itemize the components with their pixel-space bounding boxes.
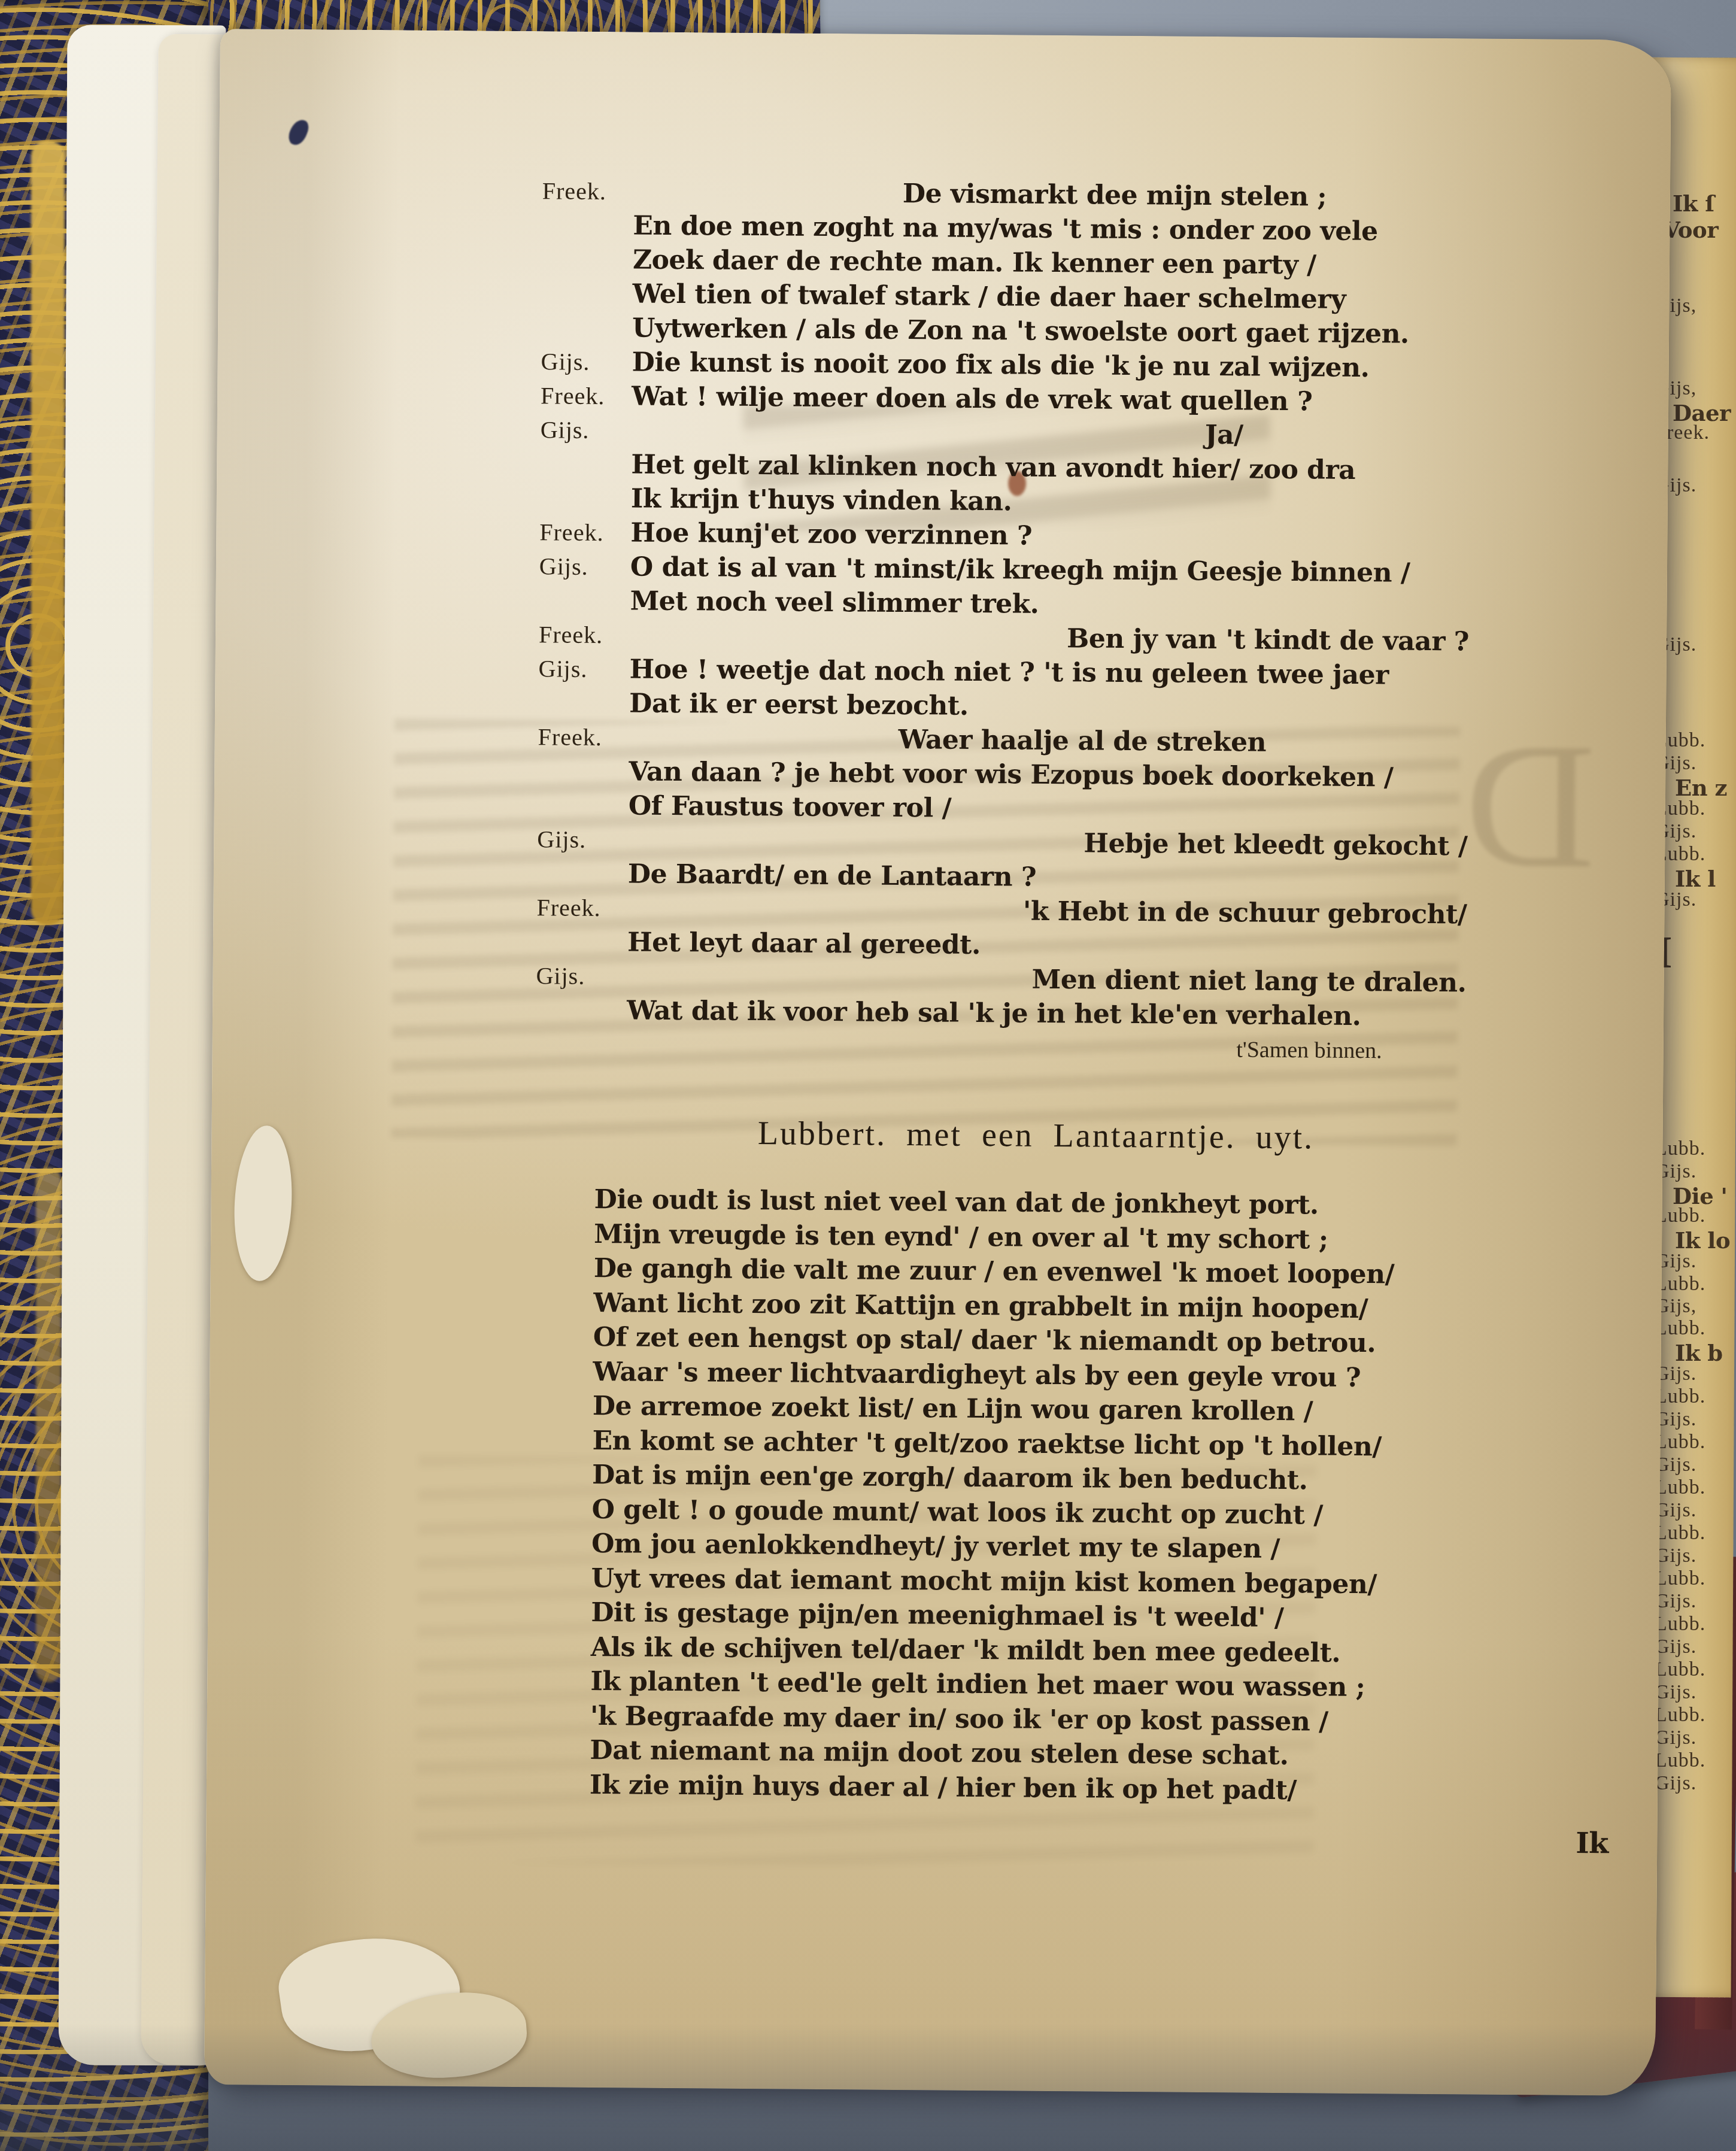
page-edge-fragment: Lubb. [1655, 1658, 1705, 1681]
speaker-label: Freek. [541, 378, 632, 413]
speaker-label: Freek. [539, 515, 630, 550]
scene-heading: Lubbert. met een Lantaarntje. uyt. [535, 1112, 1477, 1158]
page-text: Freek. De vismarkt dee mijn stelen ; En … [207, 29, 1671, 1810]
monologue-line: Dit is gestage pijn/en meenighmael is 't… [591, 1595, 1473, 1637]
page-edge-fragment: Lubb. [1655, 1205, 1705, 1227]
page-edge-fragment: Lubb. [1655, 1317, 1705, 1340]
page-edge-fragment: Lubb. [1655, 1385, 1705, 1408]
page-edge-fragment: Gijs. [1655, 1545, 1696, 1567]
speaker-label: Gijs. [539, 549, 630, 584]
speaker-label [541, 276, 632, 311]
page-edge-fragment: Lubb. [1655, 1704, 1705, 1727]
speaker-label: Gijs. [538, 651, 629, 686]
speaker-label: Gijs. [536, 958, 627, 993]
page-edge-fragment: Lubb. [1655, 1273, 1705, 1296]
speaker-label [538, 754, 629, 788]
speaker-label: Gijs. [541, 412, 632, 447]
monologue-line: Ik planten 't eed'le gelt indien het mae… [590, 1664, 1473, 1706]
page-edge-fragment: Lubb. [1655, 1567, 1705, 1590]
page-edge-fragment: Lubb. [1655, 1476, 1705, 1499]
monologue-line: De arremoe zoekt list/ en Lijn wou garen… [593, 1389, 1475, 1430]
speaker-label: Freek. [536, 890, 627, 925]
speaker-label [538, 788, 629, 823]
dialogue-block: Freek. De vismarkt dee mijn stelen ; En … [536, 174, 1485, 1034]
page-edge-fragment: Gijs. [1655, 1727, 1696, 1749]
line-text: Wat dat ik voor heb sal 'k je in het kle… [627, 993, 1478, 1034]
catchword: Ik [1576, 1827, 1608, 1860]
monologue-line: Om jou aenlokkendheyt/ jy verlet my te s… [591, 1527, 1474, 1568]
speaker-label: Gijs. [537, 822, 628, 857]
page-edge-fragment: Lubb. [1655, 1749, 1705, 1772]
speaker-label [540, 481, 631, 515]
stage-direction: t'Samen binnen. [535, 1027, 1477, 1069]
speaker-label [538, 685, 629, 720]
page-edge-fragment: Ik ſ [1673, 190, 1714, 217]
speaker-label [540, 447, 631, 481]
speaker-label: Freek. [538, 720, 629, 754]
monologue-line: Of zet een hengst op stal/ daer 'k niema… [593, 1320, 1476, 1361]
gold-marble-band [31, 141, 65, 925]
main-page: D Freek. De vismarkt dee mijn stelen ; E… [204, 29, 1671, 2096]
monologue-line: Dat niemant na mijn doot zou stelen dese… [590, 1733, 1472, 1774]
speaker-label [539, 583, 630, 618]
photo-open-book: Ik ſVoorGijs,Gijs,DaerFreek.Gijs.Gijs.Lu… [0, 0, 1736, 2151]
speaker-label [542, 208, 633, 242]
gold-marble-band-lower [36, 1167, 61, 1682]
speaker-label: Freek. [542, 174, 633, 208]
speaker-label [537, 856, 628, 891]
page-edge-fragment: Gijs. [1655, 1636, 1696, 1658]
page-edge-fragment: Gijs. [1655, 1772, 1696, 1795]
speaker-label: Gijs. [541, 344, 632, 379]
monologue-line: Dat is mijn een'ge zorgh/ daarom ik ben … [592, 1458, 1474, 1499]
speaker-label [542, 242, 633, 277]
page-edge-fragment: Lubb. [1655, 1522, 1705, 1545]
speaker-label [541, 310, 632, 345]
page-edge-fragment: Lubb. [1655, 1613, 1705, 1636]
speaker-label [536, 993, 627, 1027]
page-edge-fragment: Gijs. [1655, 1590, 1696, 1613]
monologue-block: Die oudt is lust niet veel van dat de jo… [530, 1182, 1477, 1809]
page-edge-fragment: Gijs. [1655, 1499, 1696, 1522]
page-edge-fragment: Gijs. [1655, 1681, 1696, 1704]
monologue-line: De gangh die valt me zuur / en evenwel '… [594, 1251, 1476, 1293]
page-edge-fragment: Lubb. [1655, 1431, 1705, 1454]
page-edge-fragment: Gijs. [1655, 1454, 1696, 1476]
speaker-label: Freek. [539, 617, 630, 652]
monologue-line: Ik zie mijn huys daer al / hier ben ik o… [590, 1767, 1472, 1809]
speaker-label [536, 924, 627, 959]
monologue-line: Die oudt is lust niet veel van dat de jo… [594, 1182, 1476, 1224]
page-edge-fragment: Voor [1663, 217, 1718, 243]
page-edge-fragment: Gijs. [1655, 1408, 1696, 1431]
